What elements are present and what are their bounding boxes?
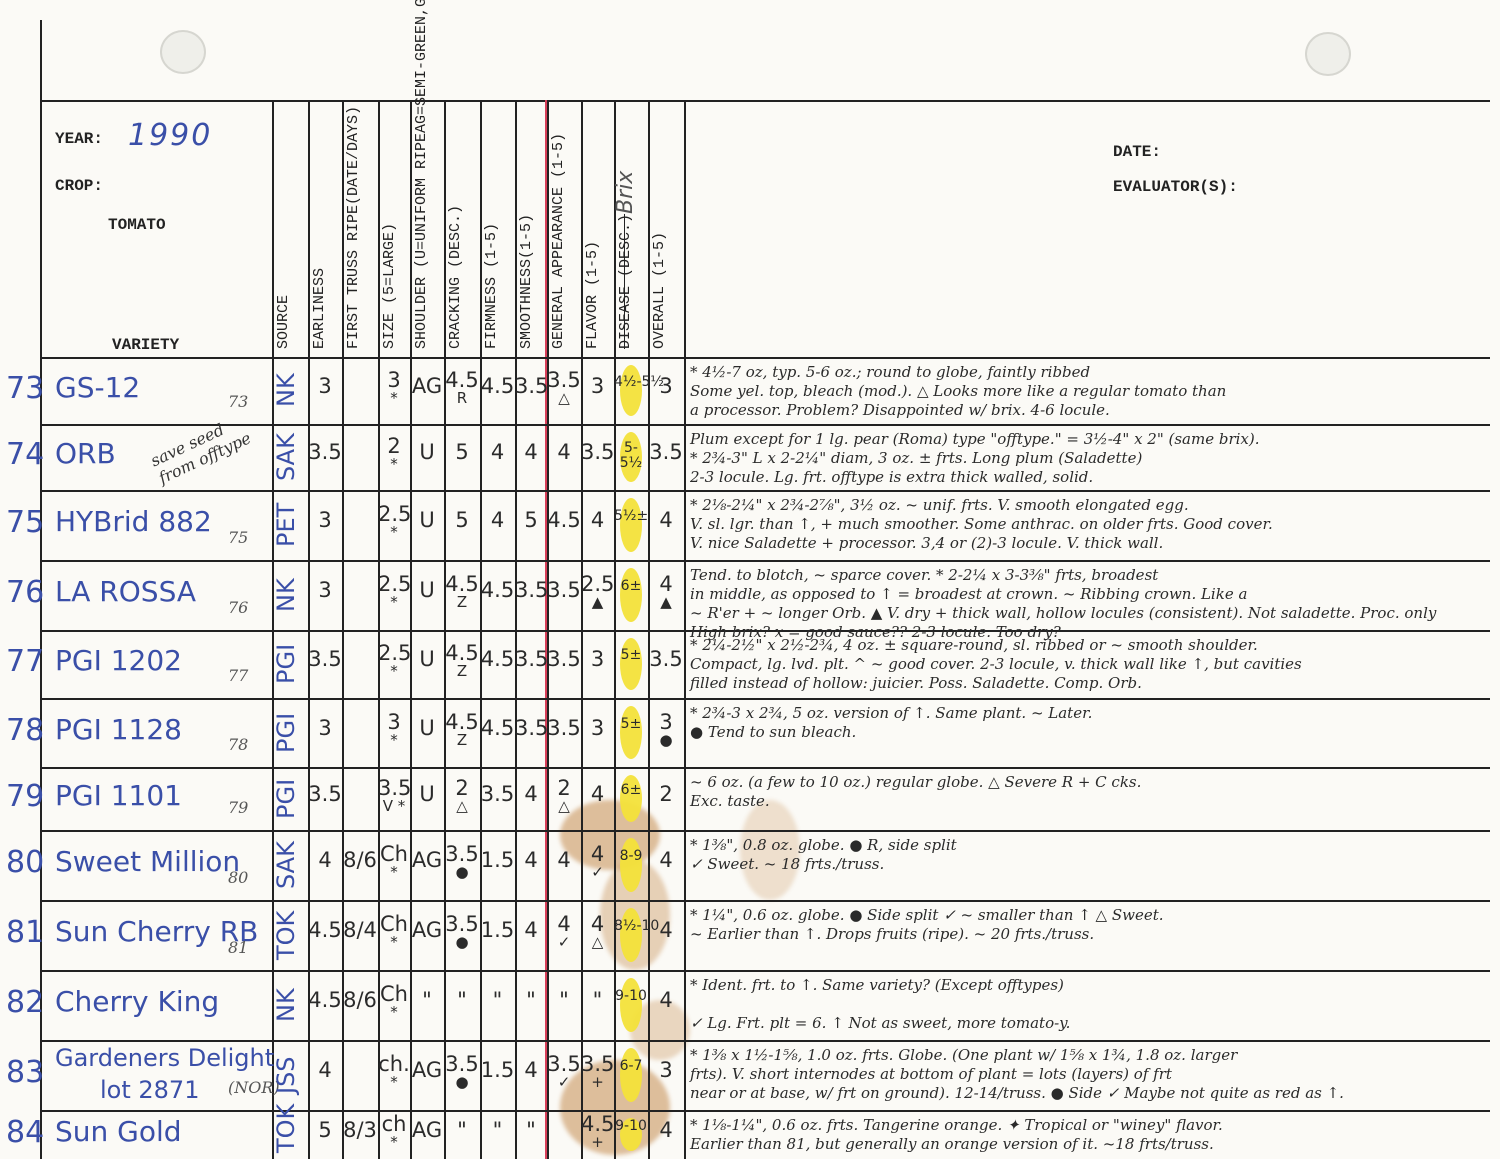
cell-smoothness: 5 bbox=[515, 509, 547, 531]
row-number: 76 bbox=[6, 575, 44, 610]
cell-shoulder: AG bbox=[410, 849, 444, 871]
variety-name: Gardeners Delight bbox=[55, 1044, 274, 1072]
cell-size: 2.5* bbox=[378, 642, 410, 680]
note-line: Earlier than 81, but generally an orange… bbox=[690, 1135, 1480, 1154]
cell-mark: * bbox=[378, 391, 410, 407]
row-number: 73 bbox=[6, 371, 44, 406]
variety-margin-note: 81 bbox=[228, 938, 248, 957]
cell-mark: ● bbox=[444, 935, 480, 951]
cell-flavor: 4△ bbox=[581, 913, 614, 951]
cell-flavor: 3 bbox=[581, 648, 614, 670]
row-number: 78 bbox=[6, 713, 44, 748]
cell-mark: ✓ bbox=[547, 935, 581, 951]
brix-highlight bbox=[620, 498, 642, 552]
note-line: V. nice Saladette + processor. 3,4 or (2… bbox=[690, 534, 1480, 553]
table-row: 75HYBrid 88275PET32.5*U5454.545½±4* 2⅛-2… bbox=[0, 490, 1490, 560]
table-row: 73GS-1273NK33*AG4.5R4.53.53.5△34½-5½3* 4… bbox=[0, 357, 1490, 424]
cell-mark: ▲ bbox=[648, 595, 684, 611]
cell-firmness: 3.5 bbox=[480, 783, 515, 805]
cell-mark: △ bbox=[444, 799, 480, 815]
cell-brix: 8½-10 bbox=[614, 919, 648, 934]
note-line: V. sl. lgr. than ↑, + much smoother. Som… bbox=[690, 515, 1480, 534]
crop-label: CROP: bbox=[55, 177, 103, 195]
cell-first_truss: 8/6 bbox=[342, 849, 378, 871]
cell-brix: 5± bbox=[614, 648, 648, 663]
cell-mark: Z bbox=[444, 595, 480, 611]
cell-mark: △ bbox=[547, 799, 581, 815]
note-line: Plum except for 1 lg. pear (Roma) type "… bbox=[690, 430, 1480, 449]
cell-brix: 9-10 bbox=[614, 1119, 648, 1134]
cell-mark: R bbox=[444, 391, 480, 407]
brix-highlight bbox=[620, 908, 642, 962]
evaluation-notes: * 1⅜", 0.8 oz. globe. ● R, side split✓ S… bbox=[690, 836, 1480, 874]
cell-smoothness: 4 bbox=[515, 849, 547, 871]
variety-margin-note: 79 bbox=[228, 798, 248, 817]
brix-highlight bbox=[620, 838, 642, 892]
cell-overall: 4 bbox=[648, 919, 684, 941]
brix-highlight bbox=[620, 365, 642, 416]
brix-highlight bbox=[620, 706, 642, 759]
note-line: * 1⅛-1¼", 0.6 oz. frts. Tangerine orange… bbox=[690, 1116, 1480, 1135]
column-header-appearance: GENERAL APPEARANCE (1-5) bbox=[551, 104, 579, 349]
row-number: 81 bbox=[6, 915, 44, 950]
cell-smoothness: " bbox=[515, 989, 547, 1011]
cell-shoulder: AG bbox=[410, 375, 444, 397]
table-row: 74ORBsave seed from offtypeSAK3.52*U5444… bbox=[0, 424, 1490, 490]
variety-name: PGI 1101 bbox=[55, 779, 182, 812]
cell-size: 2.5* bbox=[378, 503, 410, 541]
cell-mark: ● bbox=[648, 733, 684, 749]
source-code: JSS bbox=[272, 1046, 304, 1104]
cell-mark: * bbox=[378, 1005, 410, 1021]
variety-name: Cherry King bbox=[55, 985, 219, 1018]
cell-brix: 5½± bbox=[614, 509, 648, 524]
cell-smoothness: 3.5 bbox=[515, 375, 547, 397]
cell-cracking: 2△ bbox=[444, 777, 480, 815]
cell-size: ch* bbox=[378, 1113, 410, 1151]
cell-size: Ch* bbox=[378, 913, 410, 951]
row-number: 84 bbox=[6, 1115, 44, 1150]
source-code: PGI bbox=[272, 636, 304, 692]
cell-overall: 4 bbox=[648, 1119, 684, 1141]
variety-name: PGI 1202 bbox=[55, 644, 182, 677]
cell-mark: V * bbox=[378, 799, 410, 815]
table-row: 76LA ROSSA76NK32.5*U4.5Z4.53.53.52.5▲6±4… bbox=[0, 560, 1490, 630]
cell-overall: 3 bbox=[648, 1059, 684, 1081]
cell-shoulder: AG bbox=[410, 1059, 444, 1081]
column-header-size: SIZE (5=LARGE) bbox=[382, 104, 408, 349]
cell-cracking: 3.5● bbox=[444, 1053, 480, 1091]
cell-size: 3.5V * bbox=[378, 777, 410, 815]
cell-appearance: 4.5 bbox=[547, 509, 581, 531]
cell-firmness: 4.5 bbox=[480, 717, 515, 739]
variety-margin-note: 80 bbox=[228, 868, 248, 887]
variety-name: Sweet Million bbox=[55, 845, 240, 878]
cell-overall: 4 bbox=[648, 849, 684, 871]
cell-cracking: 5 bbox=[444, 441, 480, 463]
cell-mark: Z bbox=[444, 733, 480, 749]
cell-brix: 5-5½ bbox=[614, 441, 648, 470]
cell-first_truss: 8/3 bbox=[342, 1119, 378, 1141]
cell-appearance: 4✓ bbox=[547, 913, 581, 951]
cell-overall: 3 bbox=[648, 375, 684, 397]
variety-name: ORB bbox=[55, 437, 116, 470]
cell-mark: * bbox=[378, 457, 410, 473]
cell-overall: 3.5 bbox=[648, 441, 684, 463]
note-line: * 2¼-2½" x 2½-2¾, 4 oz. ± square-round, … bbox=[690, 636, 1480, 655]
column-header-label: OVERALL (1-5) bbox=[652, 232, 667, 349]
cell-appearance: 2△ bbox=[547, 777, 581, 815]
note-line: ~ 6 oz. (a few to 10 oz.) regular globe.… bbox=[690, 773, 1480, 792]
cell-mark: * bbox=[378, 1135, 410, 1151]
note-line: * 1⅜ x 1½-1⅝, 1.0 oz. frts. Globe. (One … bbox=[690, 1046, 1480, 1065]
column-header-earliness: EARLINESS bbox=[312, 104, 340, 349]
column-header-smoothness: SMOOTHNESS(1-5) bbox=[519, 104, 545, 349]
cell-appearance: 4 bbox=[547, 849, 581, 871]
cell-flavor: " bbox=[581, 989, 614, 1011]
cell-mark: ● bbox=[444, 1075, 480, 1091]
cell-firmness: " bbox=[480, 1119, 515, 1141]
cell-brix: 5± bbox=[614, 717, 648, 732]
note-line: * 2¾-3" L x 2-2¼" diam, 3 oz. ± frts. Lo… bbox=[690, 449, 1480, 468]
cell-cracking: 4.5Z bbox=[444, 642, 480, 680]
evaluator-label: EVALUATOR(S): bbox=[1113, 178, 1238, 196]
variety-margin-note: 76 bbox=[228, 598, 248, 617]
cell-firmness: 4.5 bbox=[480, 648, 515, 670]
cell-smoothness: 3.5 bbox=[515, 648, 547, 670]
source-code: SAK bbox=[272, 430, 304, 484]
note-line: frts). V. short internodes at bottom of … bbox=[690, 1065, 1480, 1084]
variety-name: PGI 1128 bbox=[55, 713, 182, 746]
column-header-label: FIRST TRUSS RIPE bbox=[346, 205, 361, 349]
cell-flavor: 4.5+ bbox=[581, 1113, 614, 1151]
cell-mark: * bbox=[378, 733, 410, 749]
variety-label: VARIETY bbox=[112, 336, 179, 354]
cell-mark: * bbox=[378, 935, 410, 951]
cell-brix: 6± bbox=[614, 579, 648, 594]
evaluation-notes: * 2¼-2½" x 2½-2¾, 4 oz. ± square-round, … bbox=[690, 636, 1480, 693]
note-line: ~ R'er + ~ longer Orb. ▲ V. dry + thick … bbox=[690, 604, 1480, 623]
cell-smoothness: 3.5 bbox=[515, 579, 547, 601]
evaluation-notes: ~ 6 oz. (a few to 10 oz.) regular globe.… bbox=[690, 773, 1480, 811]
cell-smoothness: 4 bbox=[515, 919, 547, 941]
column-header-label: FLAVOR (1-5) bbox=[585, 241, 600, 349]
note-line: ✓ Sweet. ~ 18 frts./truss. bbox=[690, 855, 1480, 874]
note-line: ~ Earlier than ↑. Drops fruits (ripe). ~… bbox=[690, 925, 1480, 944]
cell-shoulder: U bbox=[410, 579, 444, 601]
note-line: a processor. Problem? Disappointed w/ br… bbox=[690, 401, 1480, 420]
cell-brix: 9-10 bbox=[614, 989, 648, 1004]
cell-smoothness: 4 bbox=[515, 1059, 547, 1081]
variety-lot: lot 2871 bbox=[100, 1076, 199, 1104]
row-number: 75 bbox=[6, 505, 44, 540]
cell-overall: 4 bbox=[648, 509, 684, 531]
row-number: 83 bbox=[6, 1055, 44, 1090]
cell-cracking: 4.5R bbox=[444, 369, 480, 407]
column-header-label: SHOULDER (U=UNIFORM RIPE bbox=[414, 133, 429, 349]
cell-earliness: 3.5 bbox=[308, 648, 342, 670]
cell-size: Ch* bbox=[378, 843, 410, 881]
cell-size: Ch* bbox=[378, 983, 410, 1021]
cell-flavor: 3.5+ bbox=[581, 1053, 614, 1091]
column-header-label: SIZE (5=LARGE) bbox=[382, 223, 397, 349]
table-row: 82Cherry KingNK4.58/6Ch*""""""9-104* Ide… bbox=[0, 970, 1490, 1040]
source-code: NK bbox=[272, 363, 304, 418]
evaluation-notes: Plum except for 1 lg. pear (Roma) type "… bbox=[690, 430, 1480, 487]
column-header-overall: OVERALL (1-5) bbox=[652, 104, 682, 349]
binder-hole-left bbox=[160, 30, 206, 74]
row-number: 80 bbox=[6, 845, 44, 880]
cell-firmness: " bbox=[480, 989, 515, 1011]
variety-margin-note: 77 bbox=[228, 666, 248, 685]
cell-mark: * bbox=[378, 595, 410, 611]
cell-appearance: 3.5✓ bbox=[547, 1053, 581, 1091]
cell-mark: Z bbox=[444, 664, 480, 680]
cell-earliness: 3 bbox=[308, 509, 342, 531]
column-header-sublabel: (DATE/DAYS) bbox=[346, 106, 361, 205]
column-header-flavor: FLAVOR (1-5) bbox=[585, 104, 612, 349]
evaluation-notes: * 1⅜ x 1½-1⅝, 1.0 oz. frts. Globe. (One … bbox=[690, 1046, 1480, 1103]
cell-firmness: 1.5 bbox=[480, 919, 515, 941]
table-row: 81Sun Cherry RB81TOK4.58/4Ch*AG3.5●1.544… bbox=[0, 900, 1490, 970]
cell-brix: 6± bbox=[614, 783, 648, 798]
cell-appearance: " bbox=[547, 989, 581, 1011]
table-row: 84Sun GoldTOK58/3ch*AG"""4.5+9-104* 1⅛-1… bbox=[0, 1110, 1490, 1159]
cell-firmness: 1.5 bbox=[480, 849, 515, 871]
column-header-shoulder: SHOULDER (U=UNIFORM RIPEAG=SEMI-GREEN,GS… bbox=[414, 104, 442, 349]
cell-shoulder: AG bbox=[410, 919, 444, 941]
cell-shoulder: U bbox=[410, 509, 444, 531]
cell-mark: ✓ bbox=[547, 1075, 581, 1091]
note-line: 2-3 locule. Lg. frt. offtype is extra th… bbox=[690, 468, 1480, 487]
cell-appearance: 3.5 bbox=[547, 717, 581, 739]
cell-firmness: 4 bbox=[480, 509, 515, 531]
cell-shoulder: U bbox=[410, 783, 444, 805]
cell-earliness: 3 bbox=[308, 375, 342, 397]
cell-firmness: 4 bbox=[480, 441, 515, 463]
cell-cracking: 3.5● bbox=[444, 843, 480, 881]
cell-shoulder: U bbox=[410, 717, 444, 739]
cell-firmness: 4.5 bbox=[480, 375, 515, 397]
evaluation-notes: * 1⅛-1¼", 0.6 oz. frts. Tangerine orange… bbox=[690, 1116, 1480, 1154]
source-code: NK bbox=[272, 566, 304, 624]
header-top-rule bbox=[40, 100, 1490, 102]
cell-overall: 4 bbox=[648, 989, 684, 1011]
source-code: NK bbox=[272, 976, 304, 1034]
cell-size: 3* bbox=[378, 711, 410, 749]
cell-mark: + bbox=[581, 1075, 614, 1091]
cell-appearance: 3.5 bbox=[547, 579, 581, 601]
row-number: 82 bbox=[6, 985, 44, 1020]
cell-mark: * bbox=[378, 865, 410, 881]
column-header-label: CRACKING (DESC.) bbox=[448, 205, 463, 349]
note-line: in middle, as opposed to ↑ = broadest at… bbox=[690, 585, 1480, 604]
cell-size: ch.* bbox=[378, 1053, 410, 1091]
cell-size: 2.5* bbox=[378, 573, 410, 611]
table-row: 78PGI 112878PGI33*U4.5Z4.53.53.535±3●* 2… bbox=[0, 698, 1490, 767]
cell-first_truss: 8/6 bbox=[342, 989, 378, 1011]
cell-firmness: 4.5 bbox=[480, 579, 515, 601]
column-header-label: SMOOTHNESS(1-5) bbox=[519, 214, 534, 349]
evaluation-notes: * 2⅛-2¼" x 2¾-2⅞", 3½ oz. ~ unif. frts. … bbox=[690, 496, 1480, 553]
evaluation-notes: * Ident. frt. to ↑. Same variety? (Excep… bbox=[690, 976, 1480, 1033]
variety-name: GS-12 bbox=[55, 371, 140, 404]
crop-value: TOMATO bbox=[108, 216, 166, 234]
cell-appearance: 4 bbox=[547, 441, 581, 463]
cell-cracking: 4.5Z bbox=[444, 711, 480, 749]
table-row: 80Sweet Million80SAK48/6Ch*AG3.5●1.5444✓… bbox=[0, 830, 1490, 900]
note-line: * 2¾-3 x 2¾, 5 oz. version of ↑. Same pl… bbox=[690, 704, 1480, 723]
column-header-disease: DISEASE (DESC.) Brix bbox=[618, 104, 646, 349]
cell-earliness: 4.5 bbox=[308, 919, 342, 941]
note-line: * 1⅜", 0.8 oz. globe. ● R, side split bbox=[690, 836, 1480, 855]
cell-firmness: 1.5 bbox=[480, 1059, 515, 1081]
cell-brix: 4½-5½ bbox=[614, 375, 648, 390]
cell-shoulder: " bbox=[410, 989, 444, 1011]
cell-mark: ▲ bbox=[581, 595, 614, 611]
cell-earliness: 5 bbox=[308, 1119, 342, 1141]
brix-highlight bbox=[620, 638, 642, 690]
brix-highlight bbox=[620, 978, 642, 1032]
cell-cracking: " bbox=[444, 1119, 480, 1141]
note-line: Compact, lg. lvd. plt. ^ ~ good cover. 2… bbox=[690, 655, 1480, 674]
variety-name: Sun Gold bbox=[55, 1115, 182, 1148]
date-label: DATE: bbox=[1113, 143, 1161, 161]
cell-size: 2* bbox=[378, 435, 410, 473]
cell-smoothness: 3.5 bbox=[515, 717, 547, 739]
column-header-source: SOURCE bbox=[276, 104, 306, 349]
note-line: * 2⅛-2¼" x 2¾-2⅞", 3½ oz. ~ unif. frts. … bbox=[690, 496, 1480, 515]
cell-overall: 4▲ bbox=[648, 573, 684, 611]
cell-first_truss: 8/4 bbox=[342, 919, 378, 941]
note-line: Tend. to blotch, ~ sparce cover. * 2-2¼ … bbox=[690, 566, 1480, 585]
cell-cracking: 3.5● bbox=[444, 913, 480, 951]
cell-earliness: 3 bbox=[308, 579, 342, 601]
note-line: * 1¼", 0.6 oz. globe. ● Side split ✓ ~ s… bbox=[690, 906, 1480, 925]
cell-brix: 6-7 bbox=[614, 1059, 648, 1074]
cell-size: 3* bbox=[378, 369, 410, 407]
column-header-label: EARLINESS bbox=[312, 268, 327, 349]
cell-cracking: " bbox=[444, 989, 480, 1011]
cell-mark: △ bbox=[547, 391, 581, 407]
cell-mark: * bbox=[378, 525, 410, 541]
source-code: TOK bbox=[272, 1116, 304, 1153]
cell-flavor: 3.5 bbox=[581, 441, 614, 463]
cell-shoulder: U bbox=[410, 441, 444, 463]
cell-cracking: 4.5Z bbox=[444, 573, 480, 611]
variety-name: LA ROSSA bbox=[55, 575, 196, 608]
evaluation-notes: * 2¾-3 x 2¾, 5 oz. version of ↑. Same pl… bbox=[690, 704, 1480, 742]
variety-margin-note: 75 bbox=[228, 528, 248, 547]
cell-mark: ● bbox=[444, 865, 480, 881]
cell-earliness: 3.5 bbox=[308, 783, 342, 805]
note-line: * 4½-7 oz, typ. 5-6 oz.; round to globe,… bbox=[690, 363, 1480, 382]
cell-flavor: 4✓ bbox=[581, 843, 614, 881]
cell-overall: 2 bbox=[648, 783, 684, 805]
note-line bbox=[690, 995, 1480, 1014]
column-header-cracking: CRACKING (DESC.) bbox=[448, 104, 478, 349]
brix-highlight bbox=[620, 1048, 642, 1102]
note-line: Exc. taste. bbox=[690, 792, 1480, 811]
evaluation-notes: * 4½-7 oz, typ. 5-6 oz.; round to globe,… bbox=[690, 363, 1480, 420]
evaluation-notes: * 1¼", 0.6 oz. globe. ● Side split ✓ ~ s… bbox=[690, 906, 1480, 944]
cell-mark: ✓ bbox=[581, 865, 614, 881]
cell-flavor: 2.5▲ bbox=[581, 573, 614, 611]
cell-earliness: 3.5 bbox=[308, 441, 342, 463]
cell-overall: 3.5 bbox=[648, 648, 684, 670]
column-header-sublabel: AG=SEMI-GREEN,GS=GREEN) bbox=[414, 0, 429, 133]
cell-smoothness: " bbox=[515, 1119, 547, 1141]
note-line: near or at base, w/ frt on ground). 12-1… bbox=[690, 1084, 1480, 1103]
cell-flavor: 4 bbox=[581, 509, 614, 531]
column-header-label: FIRMNESS (1-5) bbox=[484, 223, 499, 349]
note-line: ● Tend to sun bleach. bbox=[690, 723, 1480, 742]
cell-smoothness: 4 bbox=[515, 783, 547, 805]
cell-mark: * bbox=[378, 1075, 410, 1091]
table-row: 77PGI 120277PGI3.52.5*U4.5Z4.53.53.535±3… bbox=[0, 630, 1490, 698]
variety-margin-note: 78 bbox=[228, 735, 248, 754]
row-number: 77 bbox=[6, 644, 44, 679]
cell-flavor: 3 bbox=[581, 375, 614, 397]
cell-earliness: 4.5 bbox=[308, 989, 342, 1011]
source-code: PET bbox=[272, 496, 304, 554]
source-code: SAK bbox=[272, 836, 304, 894]
row-number: 74 bbox=[6, 437, 44, 472]
cell-earliness: 3 bbox=[308, 717, 342, 739]
note-line: Some yel. top, bleach (mod.). △ Looks mo… bbox=[690, 382, 1480, 401]
cell-mark: △ bbox=[581, 935, 614, 951]
cell-shoulder: AG bbox=[410, 1119, 444, 1141]
column-header-first_truss: FIRST TRUSS RIPE(DATE/DAYS) bbox=[346, 104, 376, 349]
note-line: filled instead of hollow: juicier. Poss.… bbox=[690, 674, 1480, 693]
cell-smoothness: 4 bbox=[515, 441, 547, 463]
cell-appearance: 3.5 bbox=[547, 648, 581, 670]
column-header-annotation: Brix bbox=[618, 171, 633, 214]
column-header-label: GENERAL APPEARANCE (1-5) bbox=[551, 133, 566, 349]
row-number: 79 bbox=[6, 779, 44, 814]
source-code: PGI bbox=[272, 773, 304, 824]
column-header-label: SOURCE bbox=[276, 295, 291, 349]
cell-mark: * bbox=[378, 664, 410, 680]
brix-highlight bbox=[620, 568, 642, 622]
cell-mark: + bbox=[581, 1135, 614, 1151]
table-row: 83Gardeners Delightlot 2871(NOR)JSS4ch.*… bbox=[0, 1040, 1490, 1110]
column-header-firmness: FIRMNESS (1-5) bbox=[484, 104, 513, 349]
note-line: * Ident. frt. to ↑. Same variety? (Excep… bbox=[690, 976, 1480, 995]
cell-earliness: 4 bbox=[308, 1059, 342, 1081]
cell-flavor: 3 bbox=[581, 717, 614, 739]
cell-brix: 8-9 bbox=[614, 849, 648, 864]
cell-appearance: 3.5△ bbox=[547, 369, 581, 407]
note-line: ✓ Lg. Frt. plt = 6. ↑ Not as sweet, more… bbox=[690, 1014, 1480, 1033]
year-label: YEAR: bbox=[55, 130, 103, 148]
cell-cracking: 5 bbox=[444, 509, 480, 531]
source-code: TOK bbox=[272, 906, 304, 964]
cell-overall: 3● bbox=[648, 711, 684, 749]
cell-flavor: 4 bbox=[581, 783, 614, 805]
cell-shoulder: U bbox=[410, 648, 444, 670]
variety-name: HYBrid 882 bbox=[55, 505, 212, 538]
binder-hole-right bbox=[1305, 32, 1351, 76]
source-code: PGI bbox=[272, 704, 304, 761]
year-value: 1990 bbox=[128, 118, 212, 153]
table-row: 79PGI 110179PGI3.53.5V *U2△3.542△46±2~ 6… bbox=[0, 767, 1490, 830]
cell-earliness: 4 bbox=[308, 849, 342, 871]
column-header-label: DISEASE (DESC.) bbox=[618, 214, 633, 349]
